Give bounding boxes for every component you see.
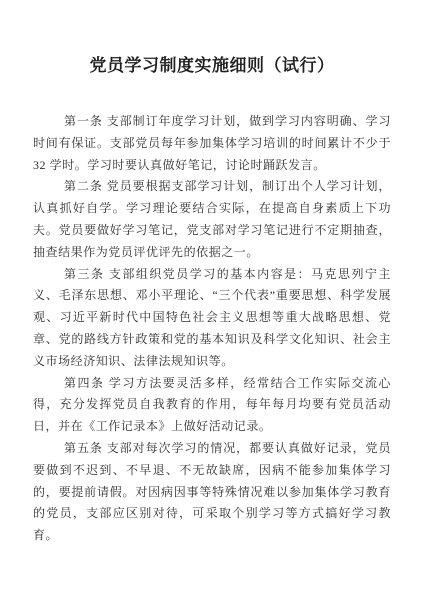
paragraph-article-2: 第二条 党员要根据支部学习计划，制订出个人学习计划，认真抓好自学。学习理论要结合… <box>33 176 391 263</box>
paragraph-article-4: 第四条 学习方法要灵活多样，经常结合工作实际交流心得，充分发挥党员自我教育的作用… <box>33 373 391 438</box>
document-page: 党员学习制度实施细则（试行） 第一条 支部制订年度学习计划，做到学习内容明确、学… <box>0 0 424 601</box>
paragraph-article-3: 第三条 支部组织党员学习的基本内容是：马克思列宁主义、毛泽东思想、邓小平理论、“… <box>33 264 391 373</box>
document-title: 党员学习制度实施细则（试行） <box>0 54 424 78</box>
paragraph-article-1: 第一条 支部制订年度学习计划，做到学习内容明确、学习时间有保证。支部党员每年参加… <box>33 111 391 176</box>
document-body: 第一条 支部制订年度学习计划，做到学习内容明确、学习时间有保证。支部党员每年参加… <box>33 111 391 547</box>
paragraph-article-5: 第五条 支部对每次学习的情况，都要认真做好记录，党员要做到不迟到、不早退、不无故… <box>33 438 391 547</box>
